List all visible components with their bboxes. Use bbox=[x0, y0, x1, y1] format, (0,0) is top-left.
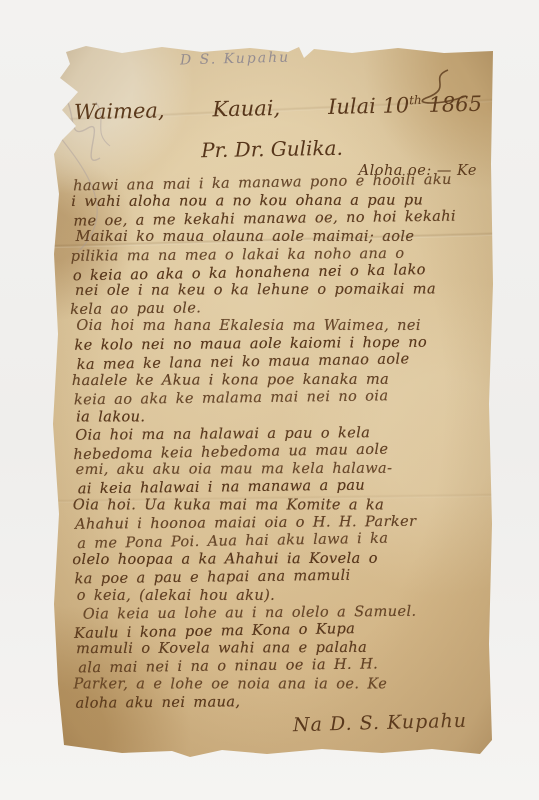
scanned-letter-page: { "pencil_annotation": "D S. Kupahu", "l… bbox=[0, 0, 539, 800]
letter-paper-sheet: D S. Kupahu Waimea, Kauai, Iulai 10th 18… bbox=[52, 44, 493, 757]
paper-edge-shading bbox=[52, 44, 493, 757]
